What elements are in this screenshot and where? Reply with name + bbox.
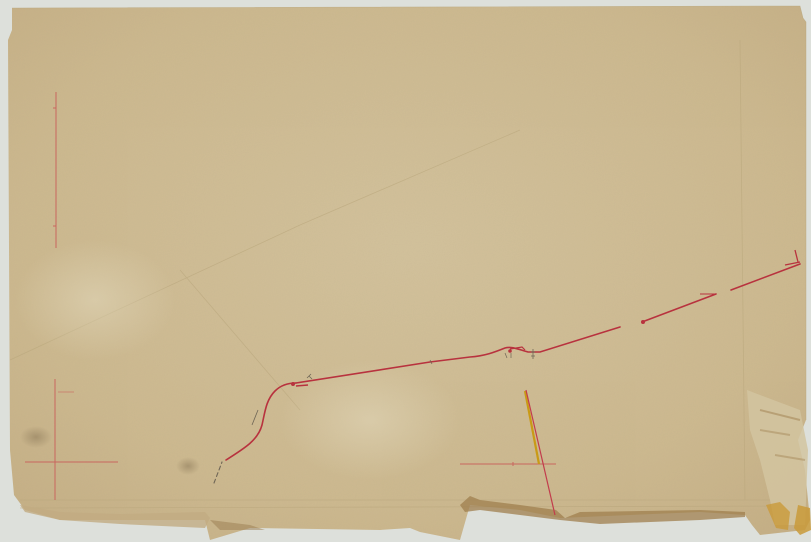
- station-dot: [508, 349, 512, 353]
- stain: [176, 457, 200, 475]
- map-sheet: [0, 0, 811, 542]
- wrinkle-area: [15, 240, 175, 360]
- station-tick: [296, 385, 308, 386]
- stain: [20, 426, 52, 448]
- station-dot: [641, 320, 645, 324]
- station-dot: [291, 382, 295, 386]
- image-viewer: [0, 0, 811, 542]
